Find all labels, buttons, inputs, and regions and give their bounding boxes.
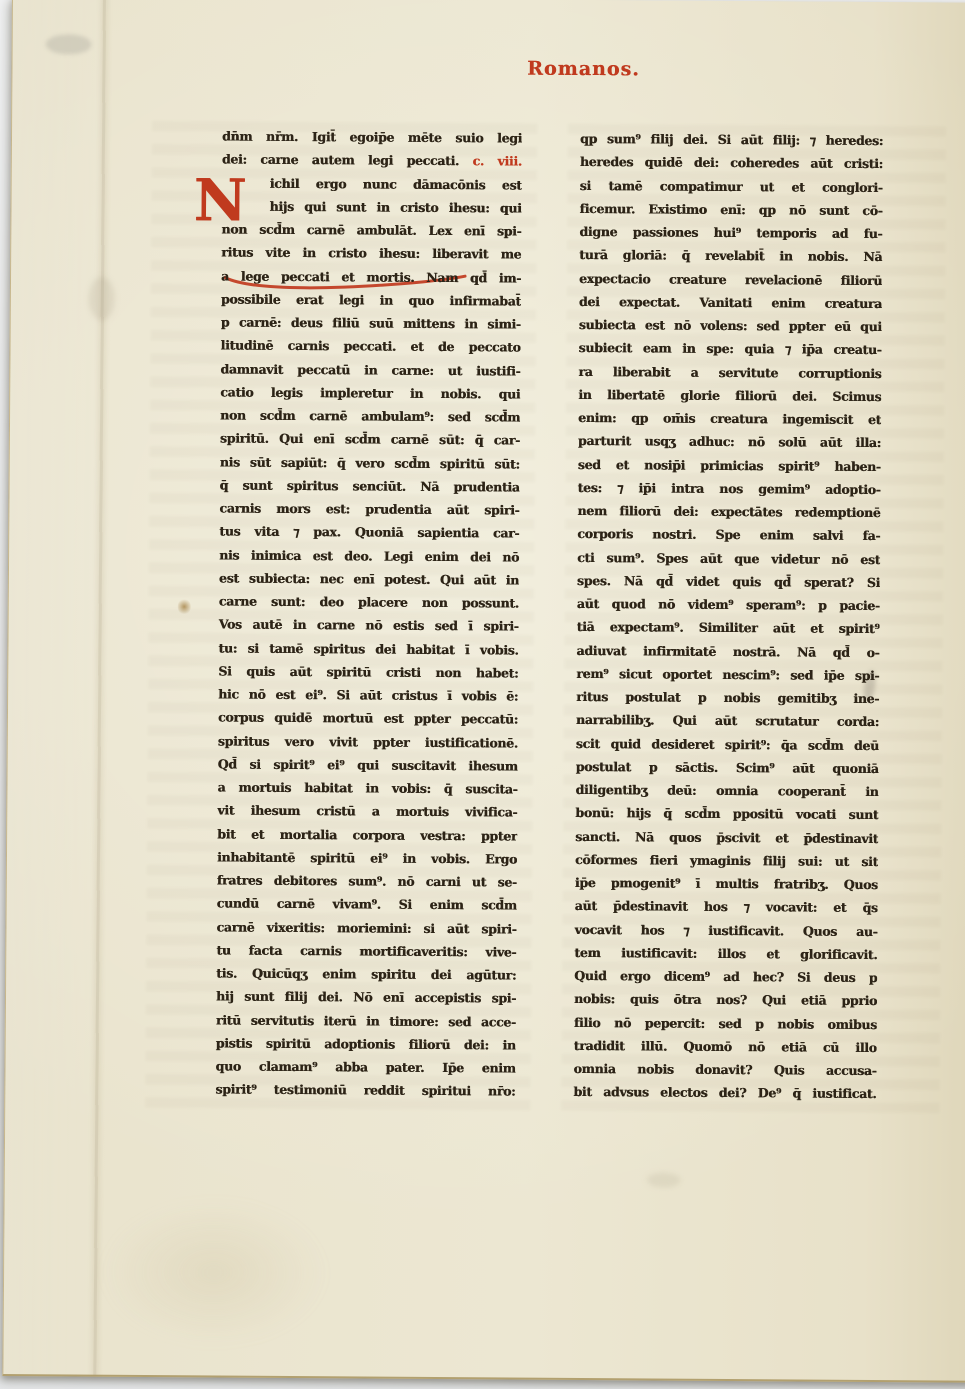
text-line: tu: si tamē spiritus dei habitat ī vobis… — [218, 640, 518, 665]
text-line: dn̄m nr̄m. Igit̄ egoip̄e mēte suio legi — [222, 128, 522, 153]
body-text: tus vita ⁊ pax. Quoniā sapientia car- — [219, 524, 519, 541]
body-text: spes. Nā qd̄ videt quis qd̄ sperat? Si — [577, 573, 880, 590]
body-text: enim: qp om̄is creatura ingemiscit et — [578, 410, 881, 427]
text-line: carnis mors est: prudentia aūt spiri- — [219, 500, 519, 525]
body-text: nobis: quis ōtra nos? Qui etiā pprio — [574, 991, 877, 1008]
body-text: spiritus vero vivit ppter iustificationē… — [218, 733, 518, 750]
text-line: qp sum⁹ filij dei. Si aūt filij: ⁊ hered… — [580, 131, 883, 156]
body-text: cti sum⁹. Spes aūt que videtur nō est — [577, 549, 880, 566]
body-text: digne passiones hui⁹ temporis ad fu- — [579, 224, 882, 241]
text-line: spiritū. Qui enī scd̄m carnē sūt: q̄ car… — [220, 431, 520, 456]
body-text: tes: ⁊ ip̄i intra nos gemim⁹ adoptio- — [578, 480, 881, 497]
text-line: Quid ergo dicem⁹ ad hec? Si deus p — [574, 968, 877, 993]
text-line: Vos autē in carne nō estis sed ī spiri- — [219, 617, 519, 642]
text-line: omnia nobis donavit? Quis accusa- — [573, 1061, 876, 1086]
text-line: est subiecta: nec enī potest. Qui aūt in — [219, 570, 519, 595]
body-text: inhabitantē spiritū ei⁹ in vobis. Ergo — [217, 849, 517, 866]
body-text: hijs qui sunt in cristo ihesu: qui — [269, 199, 521, 216]
text-line: ritus vite in cristo ihesu: liberavit me — [221, 245, 521, 270]
body-text: bit advsus electos dei? De⁹ q̄ iustifica… — [573, 1084, 876, 1101]
body-text: spiritū. Qui enī scd̄m carnē sūt: q̄ car… — [220, 431, 520, 448]
text-line: dei: carne autem legi peccati. c. viii. — [222, 152, 522, 177]
text-line: quo clamam⁹ abba pater. Ip̄e enim — [215, 1058, 515, 1083]
text-line: cti sum⁹. Spes aūt que videtur nō est — [577, 549, 880, 574]
body-text: dn̄m nr̄m. Igit̄ egoip̄e mēte suio legi — [222, 128, 522, 145]
body-text: filio nō pepercit: sed p nobis omibus — [574, 1014, 877, 1031]
body-text: ritū servitutis iterū in timore: sed acc… — [216, 1012, 516, 1029]
text-line: cōformes fieri ymaginis filij sui: ut si… — [575, 852, 878, 877]
text-line: tu facta carnis mortificaveritis: vive- — [216, 942, 516, 967]
text-line: q̄ sunt spiritus senciūt. Nā prudentia — [219, 477, 519, 502]
body-text: tu: si tamē spiritus dei habitat ī vobis… — [218, 640, 518, 657]
text-line: litudinē carnis peccati. et de peccato — [220, 338, 520, 363]
body-text: dei: carne autem legi peccati. — [222, 152, 473, 169]
manuscript-leaf: Romanos. N dn̄m nr̄m. Igit̄ egoip̄e mēte… — [2, 0, 965, 1383]
body-text: tis. Quicūqʒ enim spiritu dei agūtur: — [216, 965, 516, 982]
text-line: inhabitantē spiritū ei⁹ in vobis. Ergo — [217, 849, 517, 874]
body-text: bit et mortalia corpora vestra: ppter — [217, 826, 517, 843]
body-text: quo clamam⁹ abba pater. Ip̄e enim — [215, 1058, 515, 1075]
text-line: ficemur. Existimo enī: qp nō sunt cō- — [579, 201, 882, 226]
text-line: possibile erat legi in quo infirmabat̄ — [221, 291, 521, 316]
text-line: tradidit illū. Quomō nō etiā cū illo — [574, 1038, 877, 1063]
body-text: ip̄e pmogenit⁹ ī multis fratribʒ. Quos — [575, 875, 878, 892]
body-text: turā gloriā: q̄ revelabit̄ in nobis. Nā — [579, 247, 882, 264]
text-line: aūt quod nō videm⁹ speram⁹: p pacie- — [577, 596, 880, 621]
body-text: sancti. Nā quos p̄scivit et p̄destinavit — [575, 828, 878, 845]
running-title: Romanos. — [498, 57, 668, 80]
text-line: Qd̄ si spirit⁹ ei⁹ qui suscitavit ihesum — [218, 756, 518, 781]
body-text: adiuvat infirmitatē nostrā. Nā qd̄ o- — [576, 642, 879, 659]
text-line: tiā expectam⁹. Similiter aūt et spirit⁹ — [577, 619, 880, 644]
body-text: tem iustificavit: illos et glorificavit. — [574, 945, 877, 962]
body-text: vit ihesum cristū a mortuis vivifica- — [217, 803, 517, 820]
text-line: tes: ⁊ ip̄i intra nos gemim⁹ adoptio- — [577, 480, 880, 505]
body-text: postulat p sāctis. Scim⁹ aūt quoniā — [576, 759, 879, 776]
body-text: in libertatē glorie filiorū dei. Scimus — [578, 387, 881, 404]
text-line: narrabilibʒ. Qui aūt scrutatur corda: — [576, 712, 879, 737]
text-line: non scd̄m carnē ambulāt. Lex enī spi- — [221, 221, 521, 246]
body-text: si tamē compatimur ut et conglori- — [580, 177, 883, 194]
text-line: dei expectat. Vanitati enim creatura — [579, 294, 882, 319]
body-text: ficemur. Existimo enī: qp nō sunt cō- — [579, 201, 882, 218]
text-line: Si quis aūt spiritū cristi non habet: — [218, 663, 518, 688]
text-line: filio nō pepercit: sed p nobis omibus — [574, 1014, 877, 1039]
body-text: narrabilibʒ. Qui aūt scrutatur corda: — [576, 712, 879, 729]
text-line: tem iustificavit: illos et glorificavit. — [574, 945, 877, 970]
body-text: spirit⁹ testimoniū reddit spiritui nr̄o: — [215, 1082, 515, 1099]
text-line: in libertatē glorie filiorū dei. Scimus — [578, 387, 881, 412]
body-text: non scd̄m carnē ambulam⁹: sed scd̄m — [220, 407, 520, 424]
body-text: pistis spiritū adoptionis filiorū dei: i… — [216, 1035, 516, 1052]
text-line: nobis: quis ōtra nos? Qui etiā pprio — [574, 991, 877, 1016]
text-line: nem filiorū dei: expectātes redemptionē — [577, 503, 880, 528]
body-text: tu facta carnis mortificaveritis: vive- — [216, 942, 516, 959]
text-line: adiuvat infirmitatē nostrā. Nā qd̄ o- — [576, 642, 879, 667]
body-text: cōformes fieri ymaginis filij sui: ut si… — [575, 852, 878, 869]
text-line: scit quid desideret spirit⁹: q̄a scd̄m d… — [576, 735, 879, 760]
text-column-left: dn̄m nr̄m. Igit̄ egoip̄e mēte suio legid… — [215, 128, 522, 1107]
text-line: corpus quidē mortuū est ppter peccatū: — [218, 710, 518, 735]
body-text: tiā expectam⁹. Similiter aūt et spirit⁹ — [577, 619, 880, 636]
text-line: nis inimica est deo. Legi enim dei nō — [219, 547, 519, 572]
leaf-edge-highlight — [3, 0, 103, 1375]
foxing-spot — [178, 598, 191, 615]
photo-background: { "page": { "running_title": "Romanos.",… — [0, 0, 965, 1389]
body-text: ritus vite in cristo ihesu: liberavit me — [221, 245, 521, 262]
text-line: a lege peccati et mortis. Nam qd̄ im- — [221, 268, 521, 293]
body-text: carnē vixeritis: moriemini: si aūt spiri… — [216, 919, 516, 936]
text-line: bonū: hijs q̄ scd̄m ppositū vocati sunt — [575, 805, 878, 830]
body-text: cundū carnē vivam⁹. Si enim scd̄m — [217, 896, 517, 913]
text-line: si tamē compatimur ut et conglori- — [580, 177, 883, 202]
stain-mark — [647, 1172, 681, 1187]
text-line: tus vita ⁊ pax. Quoniā sapientia car- — [219, 524, 519, 549]
body-text: dei expectat. Vanitati enim creatura — [579, 294, 882, 311]
body-text: a mortuis habitat in vobis: q̄ suscita- — [217, 779, 517, 796]
text-line: corporis nostri. Spe enim salvi fa- — [577, 526, 880, 551]
body-text: subiecta est nō volens: sed ppter eū qui — [579, 317, 882, 334]
body-text: a lege peccati et mortis. Nam qd̄ im- — [221, 268, 521, 285]
body-text: bonū: hijs q̄ scd̄m ppositū vocati sunt — [575, 805, 878, 822]
text-line: heredes quidē dei: coheredes aūt cristi: — [580, 154, 883, 179]
text-line: ritus postulat p nobis gemitibʒ ine- — [576, 689, 879, 714]
body-text: vocavit hos ⁊ iustificavit. Quos au- — [574, 921, 877, 938]
text-line: cundū carnē vivam⁹. Si enim scd̄m — [217, 896, 517, 921]
text-line: ip̄e pmogenit⁹ ī multis fratribʒ. Quos — [575, 875, 878, 900]
body-text: catio legis impleretur in nobis. qui — [220, 384, 520, 401]
body-text: possibile erat legi in quo infirmabat̄ — [221, 291, 521, 308]
body-text: qp sum⁹ filij dei. Si aūt filij: ⁊ hered… — [580, 131, 883, 148]
rubric-text: c. viii. — [473, 153, 522, 168]
text-line: carne sunt: deo placere non possunt. — [219, 593, 519, 618]
text-line: sed et nosip̄i primicias spirit⁹ haben- — [578, 456, 881, 481]
text-line: bit advsus electos dei? De⁹ q̄ iustifica… — [573, 1084, 876, 1109]
text-column-right: qp sum⁹ filij dei. Si aūt filij: ⁊ hered… — [573, 131, 883, 1110]
body-text: corpus quidē mortuū est ppter peccatū: — [218, 710, 518, 727]
body-text: nem filiorū dei: expectātes redemptionē — [577, 503, 880, 520]
text-line: pistis spiritū adoptionis filiorū dei: i… — [216, 1035, 516, 1060]
text-line: turā gloriā: q̄ revelabit̄ in nobis. Nā — [579, 247, 882, 272]
text-line: nis sūt sapiūt: q̄ vero scd̄m spiritū sū… — [220, 454, 520, 479]
text-line: bit et mortalia corpora vestra: ppter — [217, 826, 517, 851]
text-line: expectacio creature revelacionē filiorū — [579, 270, 882, 295]
text-line: a mortuis habitat in vobis: q̄ suscita- — [217, 779, 517, 804]
text-line: diligentibʒ deū: omnia cooperant̄ in — [575, 782, 878, 807]
body-text: carne sunt: deo placere non possunt. — [219, 593, 519, 610]
body-text: tradidit illū. Quomō nō etiā cū illo — [574, 1038, 877, 1055]
text-line: ichil ergo nunc dāmacōnis est — [222, 175, 522, 200]
text-line: hij sunt filij dei. Nō enī accepistis sp… — [216, 989, 516, 1014]
body-text: q̄ sunt spiritus senciūt. Nā prudentia — [220, 477, 520, 494]
body-text: est subiecta: nec enī potest. Qui aūt in — [219, 570, 519, 587]
text-line: non scd̄m carnē ambulam⁹: sed scd̄m — [220, 407, 520, 432]
text-line: parturit usqʒ adhuc: nō solū aūt illa: — [578, 433, 881, 458]
stain-mark — [99, 1197, 330, 1349]
body-text: hij sunt filij dei. Nō enī accepistis sp… — [216, 989, 516, 1006]
body-text: scit quid desideret spirit⁹: q̄a scd̄m d… — [576, 735, 879, 752]
body-text: heredes quidē dei: coheredes aūt cristi: — [580, 154, 883, 171]
body-text: omnia nobis donavit? Quis accusa- — [573, 1061, 876, 1078]
text-line: damnavit peccatū in carne: ut iustifi- — [220, 361, 520, 386]
body-text: sed et nosip̄i primicias spirit⁹ haben- — [578, 456, 881, 473]
body-text: fratres debitores sum⁹. nō carni ut se- — [217, 872, 517, 889]
body-text: Si quis aūt spiritū cristi non habet: — [218, 663, 518, 680]
body-text: rem⁹ sicut oportet nescim⁹: sed ip̄e spi… — [576, 666, 879, 683]
text-line: ritū servitutis iterū in timore: sed acc… — [216, 1012, 516, 1037]
body-text: Qd̄ si spirit⁹ ei⁹ qui suscitavit ihesum — [218, 756, 518, 773]
body-text: ritus postulat p nobis gemitibʒ ine- — [576, 689, 879, 706]
text-line: postulat p sāctis. Scim⁹ aūt quoniā — [576, 759, 879, 784]
text-line: digne passiones hui⁹ temporis ad fu- — [579, 224, 882, 249]
text-line: hic nō est ei⁹. Si aūt cristus ī vobis ē… — [218, 686, 518, 711]
text-line: aūt p̄destinavit hos ⁊ vocavit: et q̄s — [575, 898, 878, 923]
body-text: diligentibʒ deū: omnia cooperant̄ in — [575, 782, 878, 799]
text-line: hijs qui sunt in cristo ihesu: qui — [221, 198, 521, 223]
body-text: aūt p̄destinavit hos ⁊ vocavit: et q̄s — [575, 898, 878, 915]
body-text: ichil ergo nunc dāmacōnis est — [270, 175, 522, 192]
body-text: corporis nostri. Spe enim salvi fa- — [577, 526, 880, 543]
text-line: spes. Nā qd̄ videt quis qd̄ sperat? Si — [577, 573, 880, 598]
text-line: catio legis impleretur in nobis. qui — [220, 384, 520, 409]
body-text: non scd̄m carnē ambulāt. Lex enī spi- — [221, 221, 521, 238]
text-line: ra liberabit a servitute corruptionis — [578, 363, 881, 388]
text-line: vocavit hos ⁊ iustificavit. Quos au- — [574, 921, 877, 946]
body-text: litudinē carnis peccati. et de peccato — [221, 338, 521, 355]
text-line: enim: qp om̄is creatura ingemiscit et — [578, 410, 881, 435]
body-text: aūt quod nō videm⁹ speram⁹: p pacie- — [577, 596, 880, 613]
body-text: nis sūt sapiūt: q̄ vero scd̄m spiritū sū… — [220, 454, 520, 471]
body-text: ra liberabit a servitute corruptionis — [578, 363, 881, 380]
body-text: subiecit eam in spe: quia ⁊ ip̄a creatu- — [579, 340, 882, 357]
body-text: Quid ergo dicem⁹ ad hec? Si deus p — [574, 968, 877, 985]
text-line: vit ihesum cristū a mortuis vivifica- — [217, 803, 517, 828]
text-line: subiecit eam in spe: quia ⁊ ip̄a creatu- — [578, 340, 881, 365]
text-line: rem⁹ sicut oportet nescim⁹: sed ip̄e spi… — [576, 666, 879, 691]
body-text: damnavit peccatū in carne: ut iustifi- — [220, 361, 520, 378]
body-text: parturit usqʒ adhuc: nō solū aūt illa: — [578, 433, 881, 450]
text-line: spiritus vero vivit ppter iustificationē… — [218, 733, 518, 758]
text-line: p carnē: deus filiū suū mittens in simi- — [221, 314, 521, 339]
body-text: p carnē: deus filiū suū mittens in simi- — [221, 314, 521, 331]
body-text: carnis mors est: prudentia aūt spiri- — [219, 500, 519, 517]
text-line: carnē vixeritis: moriemini: si aūt spiri… — [216, 919, 516, 944]
text-line: subiecta est nō volens: sed ppter eū qui — [579, 317, 882, 342]
text-line: spirit⁹ testimoniū reddit spiritui nr̄o: — [215, 1082, 515, 1107]
body-text: nis inimica est deo. Legi enim dei nō — [219, 547, 519, 564]
text-line: fratres debitores sum⁹. nō carni ut se- — [217, 872, 517, 897]
body-text: hic nō est ei⁹. Si aūt cristus ī vobis ē… — [218, 686, 518, 703]
body-text: Vos autē in carne nō estis sed ī spiri- — [219, 617, 519, 634]
text-line: tis. Quicūqʒ enim spiritu dei agūtur: — [216, 965, 516, 990]
body-text: expectacio creature revelacionē filiorū — [579, 270, 882, 287]
text-line: sancti. Nā quos p̄scivit et p̄destinavit — [575, 828, 878, 853]
